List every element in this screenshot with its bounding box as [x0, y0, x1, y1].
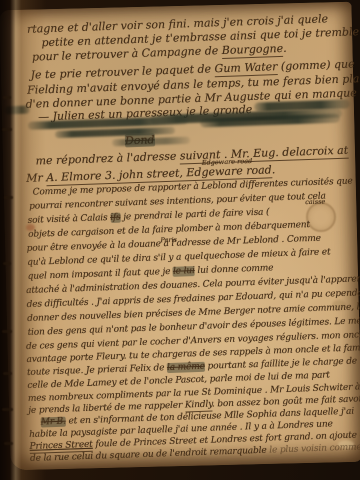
facing-page-text-fragment: [3, 96, 11, 99]
facing-page-text-fragment: [3, 372, 12, 375]
facing-page-text-fragment: [2, 330, 12, 333]
facing-page-text-fragment: [2, 408, 13, 411]
manuscript-line: caisse: [305, 197, 325, 207]
manuscript-photo: rtagne et d'aller voir son fini. mais j'…: [0, 0, 360, 480]
facing-page-text-fragment: [4, 196, 13, 199]
manuscript-line: me répondrez à l'adresse suivant . Mr. E…: [35, 145, 348, 167]
manuscript-text-layer: rtagne et d'aller voir son fini. mais j'…: [0, 0, 360, 480]
facing-page-text-fragment: [3, 262, 11, 265]
facing-page-text-fragment: [4, 442, 13, 445]
facing-page-text-fragment: [2, 128, 12, 131]
